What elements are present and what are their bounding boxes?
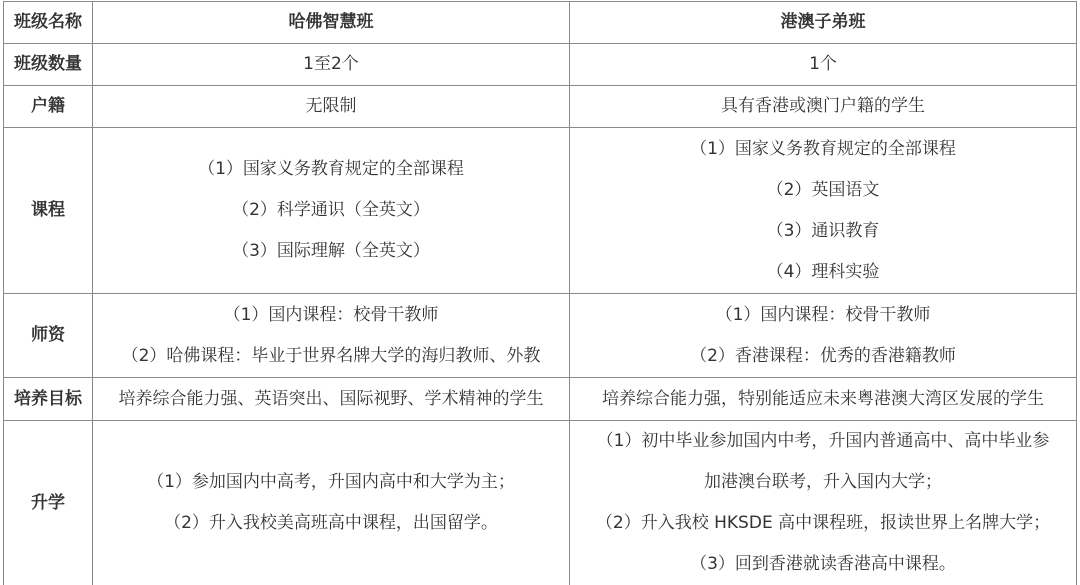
cell-hkmacao-further-study: （1）初中毕业参加国内中考，升国内普通高中、高中毕业参 加港澳台联考，升入国内大…: [570, 421, 1077, 585]
cell-harvard-further-study: （1）参加国内中高考，升国内高中和大学为主； （2）升入我校美高班高中课程，出国…: [93, 421, 570, 585]
further-study-item: （2）升入我校 HKSDE 高中课程班，报读世界上名牌大学；: [570, 503, 1076, 544]
table-row-goal: 培养目标 培养综合能力强、英语突出、国际视野、学术精神的学生 培养综合能力强，特…: [4, 378, 1077, 421]
course-item: （1）国家义务教育规定的全部课程: [570, 129, 1076, 170]
row-label-class-count: 班级数量: [4, 44, 93, 86]
table-row-teachers: 师资 （1）国内课程：校骨干教师 （2）哈佛课程：毕业于世界名牌大学的海归教师、…: [4, 294, 1077, 378]
further-study-item: 加港澳台联考，升入国内大学；: [570, 462, 1076, 503]
teacher-item: （1）国内课程：校骨干教师: [93, 295, 569, 336]
teacher-item: （1）国内课程：校骨干教师: [570, 295, 1076, 336]
further-study-item: （2）升入我校美高班高中课程，出国留学。: [93, 503, 569, 544]
row-label-teachers: 师资: [4, 294, 93, 378]
column-header-hkmacao: 港澳子弟班: [570, 2, 1077, 44]
row-label-course: 课程: [4, 128, 93, 294]
cell-hkmacao-course: （1）国家义务教育规定的全部课程 （2）英国语文 （3）通识教育 （4）理科实验: [570, 128, 1077, 294]
row-label-class-name: 班级名称: [4, 2, 93, 44]
table-row-class-name: 班级名称 哈佛智慧班 港澳子弟班: [4, 2, 1077, 44]
cell-harvard-course: （1）国家义务教育规定的全部课程 （2）科学通识（全英文） （3）国际理解（全英…: [93, 128, 570, 294]
teacher-item: （2）香港课程：优秀的香港籍教师: [570, 336, 1076, 377]
course-item: （3）通识教育: [570, 211, 1076, 252]
teacher-item: （2）哈佛课程：毕业于世界名牌大学的海归教师、外教: [93, 336, 569, 377]
row-label-household: 户籍: [4, 86, 93, 128]
course-item: （3）国际理解（全英文）: [93, 231, 569, 272]
table-row-household: 户籍 无限制 具有香港或澳门户籍的学生: [4, 86, 1077, 128]
cell-hkmacao-teachers: （1）国内课程：校骨干教师 （2）香港课程：优秀的香港籍教师: [570, 294, 1077, 378]
row-label-goal: 培养目标: [4, 378, 93, 421]
cell-harvard-goal: 培养综合能力强、英语突出、国际视野、学术精神的学生: [93, 378, 570, 421]
course-item: （2）英国语文: [570, 170, 1076, 211]
cell-harvard-teachers: （1）国内课程：校骨干教师 （2）哈佛课程：毕业于世界名牌大学的海归教师、外教: [93, 294, 570, 378]
course-item: （1）国家义务教育规定的全部课程: [93, 149, 569, 190]
cell-hkmacao-goal: 培养综合能力强，特别能适应未来粤港澳大湾区发展的学生: [570, 378, 1077, 421]
table-row-class-count: 班级数量 1至2个 1个: [4, 44, 1077, 86]
class-comparison-table: 班级名称 哈佛智慧班 港澳子弟班 班级数量 1至2个 1个 户籍 无限制 具有香…: [3, 1, 1077, 585]
course-item: （2）科学通识（全英文）: [93, 190, 569, 231]
course-item: （4）理科实验: [570, 252, 1076, 293]
table-row-course: 课程 （1）国家义务教育规定的全部课程 （2）科学通识（全英文） （3）国际理解…: [4, 128, 1077, 294]
row-label-further-study: 升学: [4, 421, 93, 585]
cell-hkmacao-household: 具有香港或澳门户籍的学生: [570, 86, 1077, 128]
further-study-item: （1）参加国内中高考，升国内高中和大学为主；: [93, 462, 569, 503]
table-row-further-study: 升学 （1）参加国内中高考，升国内高中和大学为主； （2）升入我校美高班高中课程…: [4, 421, 1077, 585]
further-study-item: （1）初中毕业参加国内中考，升国内普通高中、高中毕业参: [570, 421, 1076, 462]
cell-harvard-count: 1至2个: [93, 44, 570, 86]
column-header-harvard: 哈佛智慧班: [93, 2, 570, 44]
cell-harvard-household: 无限制: [93, 86, 570, 128]
further-study-item: （3）回到香港就读香港高中课程。: [570, 544, 1076, 585]
cell-hkmacao-count: 1个: [570, 44, 1077, 86]
